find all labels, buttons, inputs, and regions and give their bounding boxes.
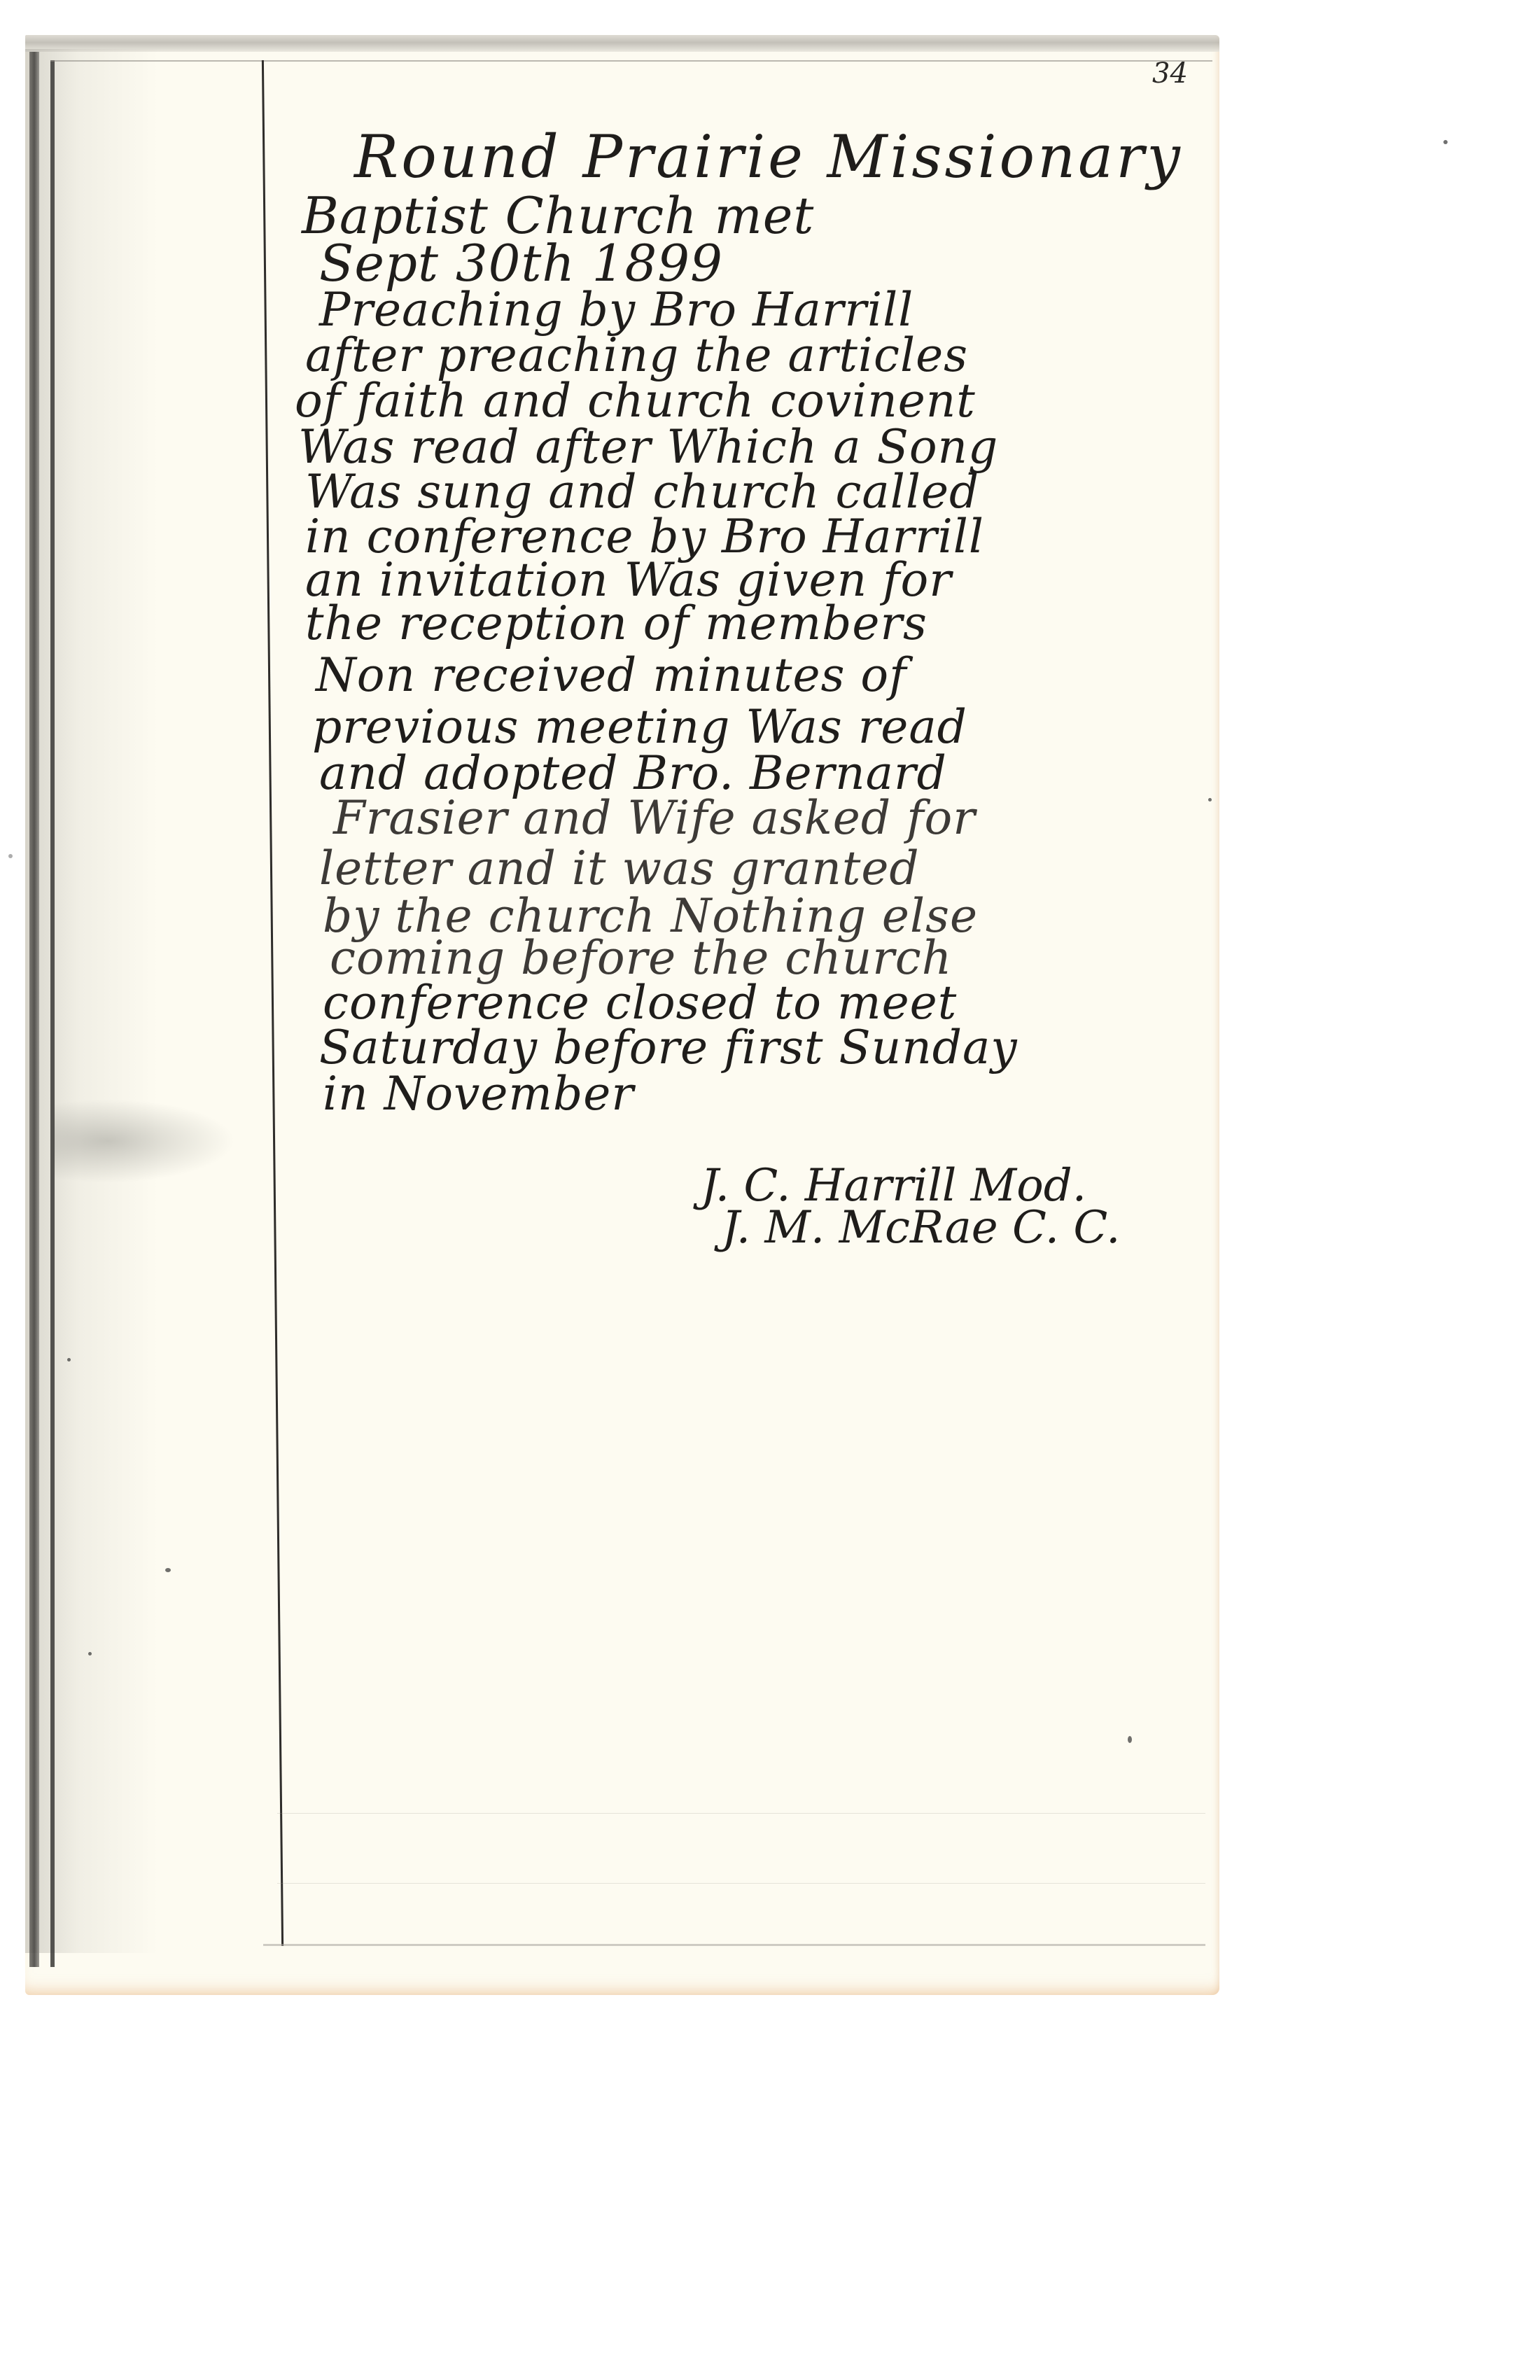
clerk-signature: J. M. McRae C. C. <box>722 1205 1120 1250</box>
body-line: and adopted Bro. Bernard <box>319 750 947 797</box>
scanner-speck <box>8 854 13 858</box>
document-page: 34 Round Prairie Missionary Baptist Chur… <box>25 35 1219 1995</box>
ink-speck <box>1128 1736 1132 1743</box>
body-line: Saturday before first Sunday <box>319 1025 1018 1071</box>
scanner-speck <box>1443 140 1448 144</box>
body-line: coming before the church <box>330 935 952 981</box>
body-line: conference closed to meet <box>323 980 957 1026</box>
body-line: Frasier and Wife asked for <box>333 795 976 841</box>
body-line: of faith and church covinent <box>295 378 976 424</box>
ink-speck <box>67 1358 71 1361</box>
body-line: in November <box>323 1071 634 1117</box>
body-line: previous meeting Was read <box>312 704 967 750</box>
body-line: the reception of members <box>305 601 927 647</box>
ink-speck <box>88 1652 92 1655</box>
body-line: Was sung and church called <box>305 469 979 515</box>
title-line: Round Prairie Missionary <box>354 127 1183 186</box>
body-line: Non received minutes of <box>316 652 907 699</box>
body-line: letter and it was granted <box>319 846 920 892</box>
ink-speck <box>1208 798 1212 801</box>
ink-speck <box>165 1568 171 1572</box>
body-line: Was read after Which a Song <box>298 424 998 470</box>
body-line: Preaching by Bro Harrill <box>319 287 913 333</box>
title-line: Sept 30th 1899 <box>319 238 723 288</box>
body-line: after preaching the articles <box>305 332 968 379</box>
handwritten-text: Round Prairie Missionary Baptist Church … <box>25 35 1219 1995</box>
